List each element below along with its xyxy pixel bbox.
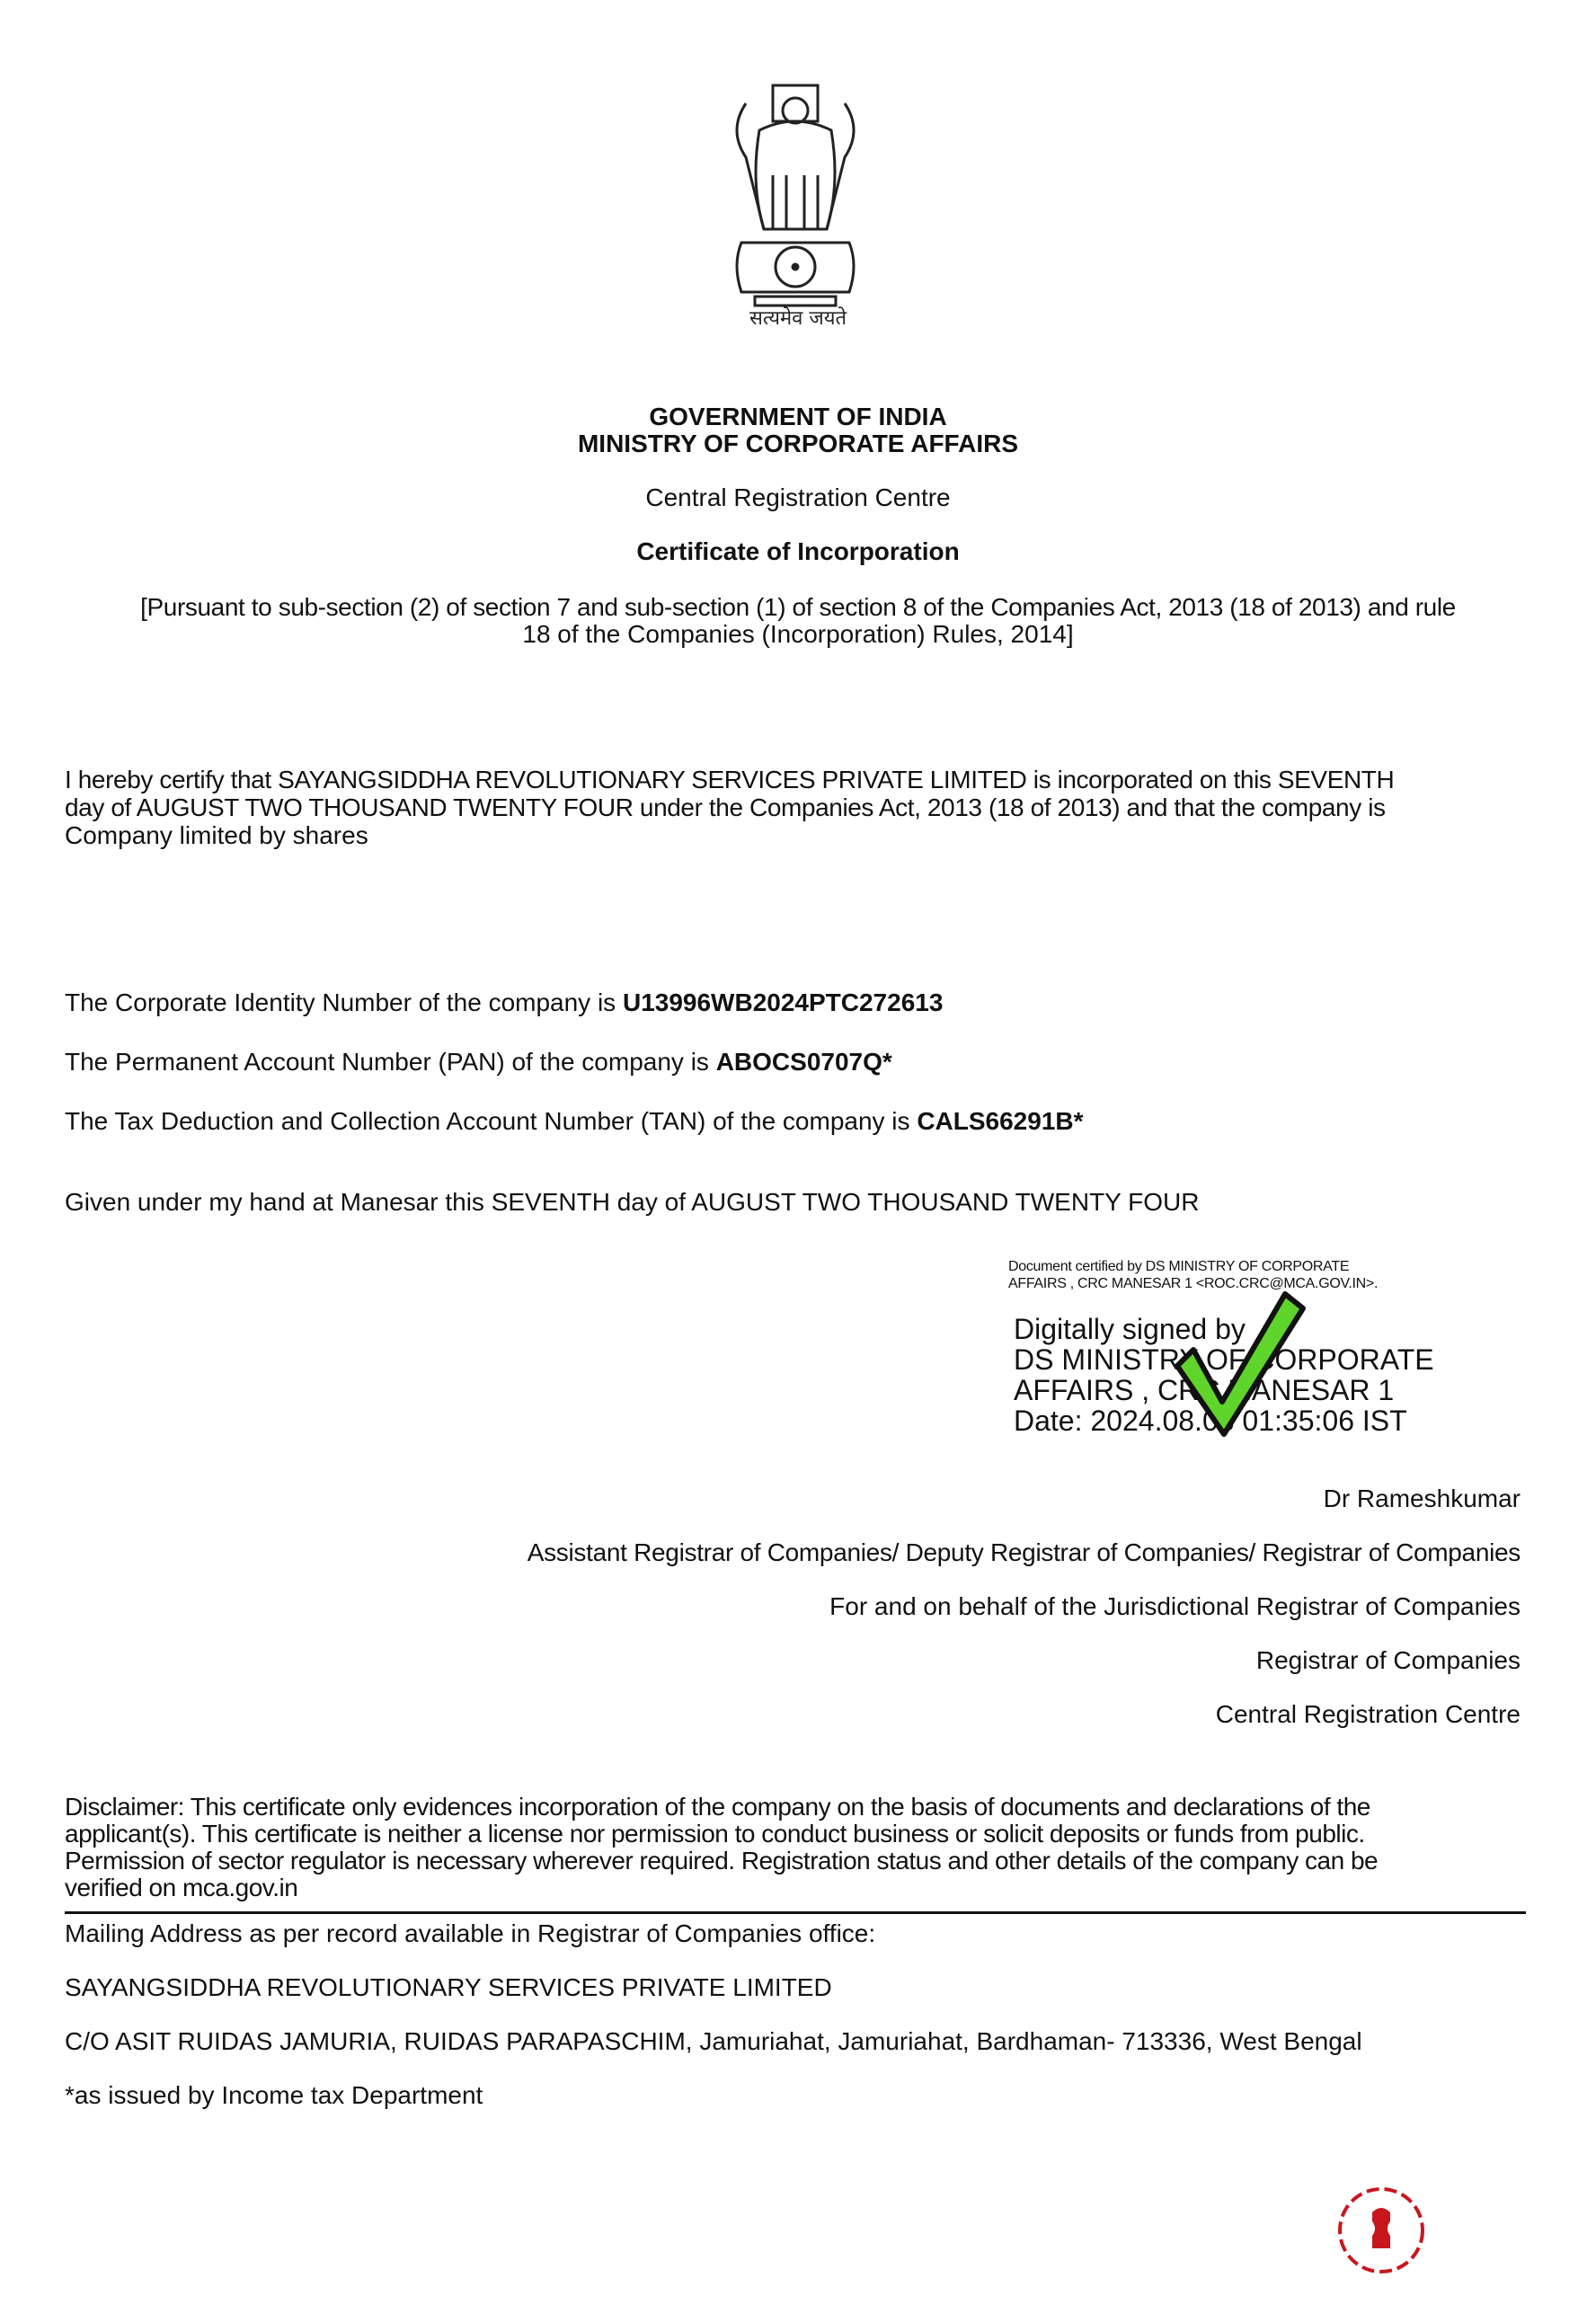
ministry-seal-icon	[1332, 2181, 1431, 2280]
disclaimer-line-4: verified on mca.gov.in	[65, 1874, 1529, 1901]
tan-label: The Tax Deduction and Collection Account…	[65, 1107, 917, 1135]
divider	[65, 1911, 1526, 1914]
mailing-company: SAYANGSIDDHA REVOLUTIONARY SERVICES PRIV…	[65, 1973, 832, 2002]
pursuant-line-2: 18 of the Companies (Incorporation) Rule…	[0, 620, 1596, 649]
pan-row: The Permanent Account Number (PAN) of th…	[65, 1048, 892, 1077]
given-under-line: Given under my hand at Manesar this SEVE…	[65, 1188, 1199, 1217]
pan-label: The Permanent Account Number (PAN) of th…	[65, 1048, 716, 1076]
signatory-centre: Central Registration Centre	[1216, 1700, 1521, 1729]
signatory-name: Dr Rameshkumar	[1324, 1484, 1521, 1513]
mailing-heading: Mailing Address as per record available …	[65, 1919, 875, 1948]
ministry-heading: MINISTRY OF CORPORATE AFFAIRS	[0, 430, 1596, 458]
govt-heading: GOVERNMENT OF INDIA	[0, 403, 1596, 431]
certified-line-1: Document certified by DS MINISTRY OF COR…	[1008, 1258, 1378, 1275]
disclaimer-line-3: Permission of sector regulator is necess…	[65, 1848, 1529, 1874]
emblem-motto: सत्यमेव जयते	[0, 304, 1596, 331]
signature-valid-check-icon	[1168, 1276, 1312, 1438]
pan-value: ABOCS0707Q*	[716, 1048, 892, 1076]
state-emblem-icon	[710, 67, 881, 337]
mailing-address: C/O ASIT RUIDAS JAMURIA, RUIDAS PARAPASC…	[65, 2027, 1362, 2056]
signatory-on-behalf: For and on behalf of the Jurisdictional …	[829, 1592, 1521, 1621]
signatory-designation: Assistant Registrar of Companies/ Deputy…	[528, 1538, 1521, 1567]
tax-footnote: *as issued by Income tax Department	[65, 2081, 483, 2110]
certification-line-2: day of AUGUST TWO THOUSAND TWENTY FOUR u…	[65, 793, 1386, 822]
pursuant-line-1: [Pursuant to sub-section (2) of section …	[0, 593, 1596, 622]
cin-row: The Corporate Identity Number of the com…	[65, 988, 943, 1017]
signatory-office: Registrar of Companies	[1256, 1646, 1521, 1675]
certification-line-1: I hereby certify that SAYANGSIDDHA REVOL…	[65, 766, 1394, 794]
certification-line-3: Company limited by shares	[65, 821, 368, 850]
cin-value: U13996WB2024PTC272613	[623, 988, 943, 1016]
disclaimer-line-1: Disclaimer: This certificate only eviden…	[65, 1794, 1529, 1821]
disclaimer-line-2: applicant(s). This certificate is neithe…	[65, 1821, 1529, 1848]
tan-row: The Tax Deduction and Collection Account…	[65, 1107, 1084, 1136]
cin-label: The Corporate Identity Number of the com…	[65, 988, 623, 1016]
centre-heading: Central Registration Centre	[0, 483, 1596, 512]
certificate-title: Certificate of Incorporation	[0, 537, 1596, 566]
disclaimer: Disclaimer: This certificate only eviden…	[65, 1794, 1529, 1901]
tan-value: CALS66291B*	[917, 1107, 1083, 1135]
